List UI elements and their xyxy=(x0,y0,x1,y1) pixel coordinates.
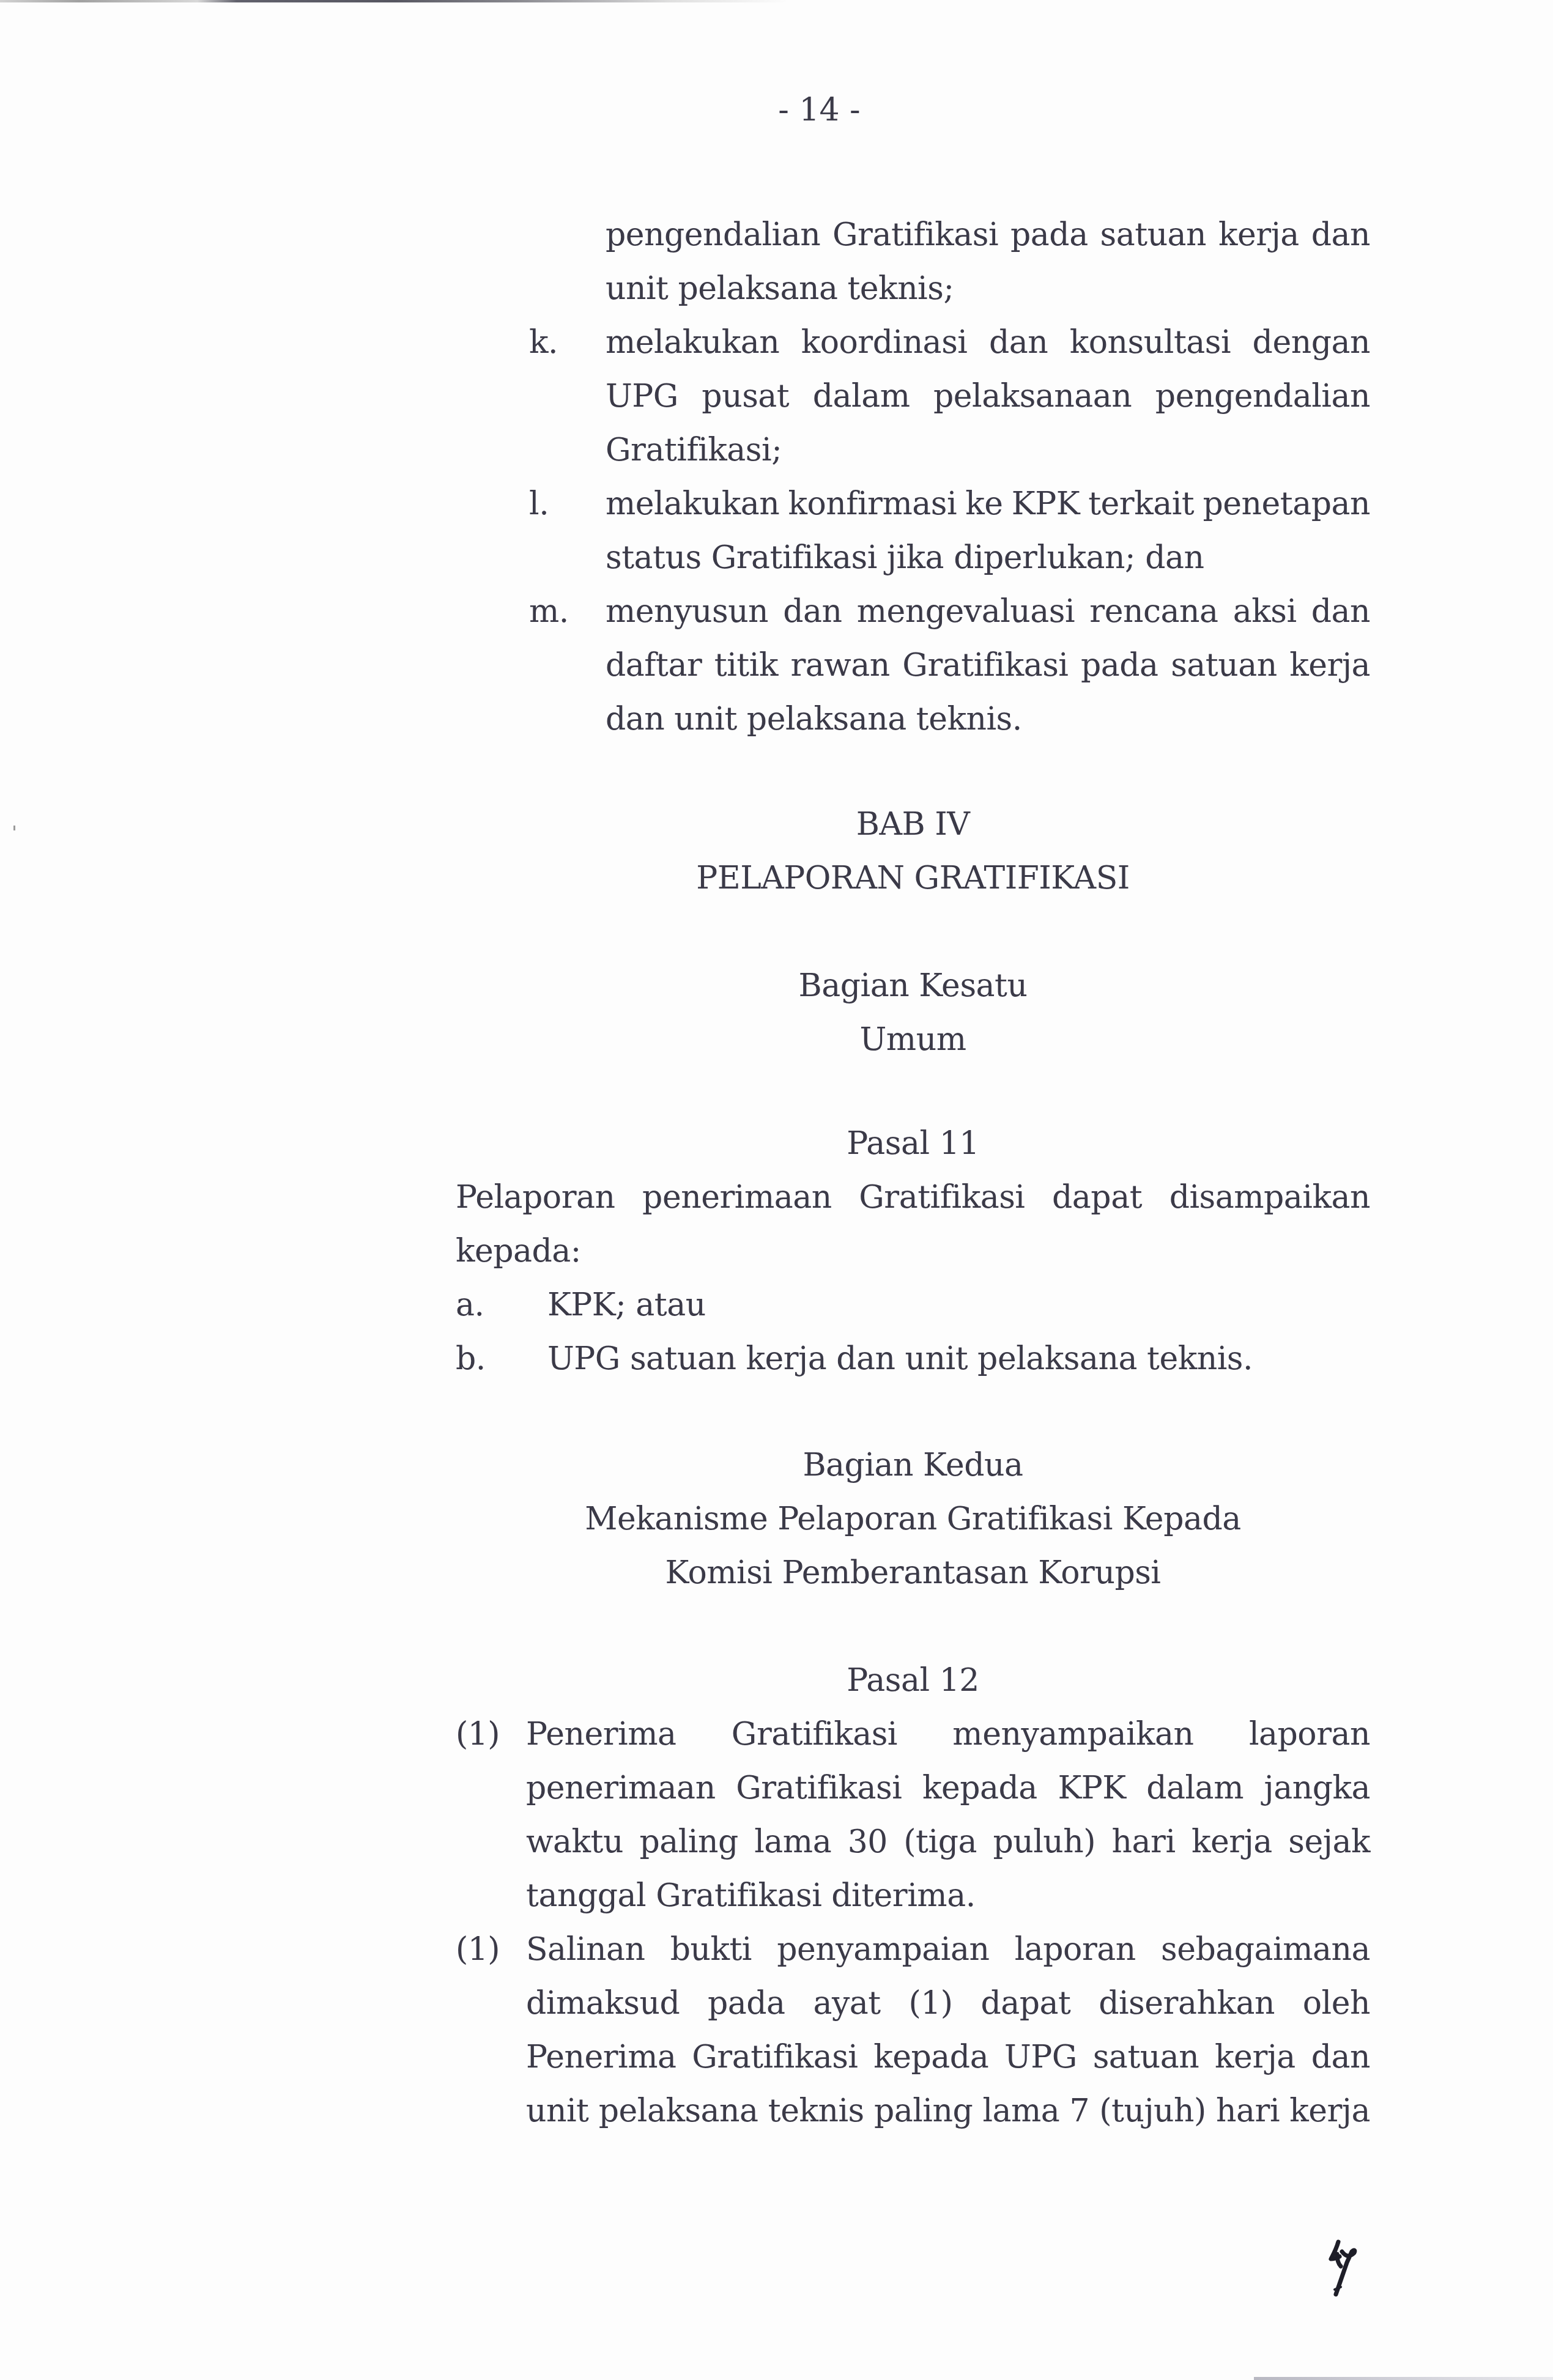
page-number: - 14 - xyxy=(0,86,1553,135)
part-one-label: Bagian Kesatu xyxy=(456,959,1370,1013)
word: penyampaian xyxy=(777,1923,989,1976)
word: dalam xyxy=(813,369,910,423)
word: pada xyxy=(708,1976,785,2030)
word: penerimaan xyxy=(526,1761,716,1815)
word: laporan xyxy=(1015,1923,1136,1976)
word: dan xyxy=(989,316,1048,369)
word: bukti xyxy=(670,1923,752,1976)
word: ayat xyxy=(813,1976,880,2030)
word: Gratifikasi xyxy=(732,1707,897,1761)
word: jangka xyxy=(1264,1761,1370,1815)
word: Penerima xyxy=(526,2030,676,2084)
paragraph-marker: (1) xyxy=(456,1707,500,1761)
word: kerja xyxy=(1289,638,1370,692)
word: (tujuh) xyxy=(1099,2084,1206,2138)
text-line: dimaksudpadaayat(1)dapatdiserahkanoleh xyxy=(526,1976,1370,2030)
word: kerja xyxy=(1215,2030,1295,2084)
word: dapat xyxy=(980,1976,1070,2030)
word: Gratifikasi xyxy=(832,208,998,262)
word: pada xyxy=(1081,638,1158,692)
word: pengendalian xyxy=(606,208,820,262)
word: Gratifikasi xyxy=(902,638,1068,692)
part-one-title: Umum xyxy=(456,1013,1370,1066)
text-line: waktupalinglama30(tigapuluh)harikerjasej… xyxy=(526,1815,1370,1869)
list-item-continuation: pengendalianGratifikasipadasatuankerjada… xyxy=(606,208,1370,316)
word: satuan xyxy=(1100,208,1207,262)
word: konsultasi xyxy=(1070,316,1231,369)
scan-edge-artifact xyxy=(0,0,789,2)
text-line: menyusundanmengevaluasirencanaaksidan xyxy=(606,585,1370,638)
word: dengan xyxy=(1253,316,1370,369)
list-marker: b. xyxy=(456,1332,486,1386)
text-line: KPK; atau xyxy=(547,1278,1370,1332)
word: rencana xyxy=(1089,585,1218,638)
word: rawan xyxy=(790,638,889,692)
word: melakukan xyxy=(606,316,779,369)
part-two-title-line: Komisi Pemberantasan Korupsi xyxy=(456,1546,1370,1600)
word: 30 xyxy=(848,1815,888,1869)
word: aksi xyxy=(1233,585,1297,638)
word: penerimaan xyxy=(642,1170,832,1224)
document-page: - 14 - pengendalianGratifikasipadasatuan… xyxy=(0,0,1553,2380)
word: hari xyxy=(1112,1815,1176,1869)
article-12-paragraph-2: (1) Salinanbuktipenyampaianlaporansebaga… xyxy=(456,1923,1370,2138)
word: hari xyxy=(1216,2084,1280,2138)
word: waktu xyxy=(526,1815,623,1869)
list-item-k: k. melakukankoordinasidankonsultasidenga… xyxy=(529,316,1370,477)
word: diserahkan xyxy=(1099,1976,1275,2030)
word: disampaikan xyxy=(1169,1170,1370,1224)
text-line: melakukankonfirmasikeKPKterkaitpenetapan xyxy=(606,477,1370,531)
article-12-paragraph-1: (1) PenerimaGratifikasimenyampaikanlapor… xyxy=(456,1707,1370,1923)
word: pada xyxy=(1010,208,1088,262)
word: kerja xyxy=(1218,208,1299,262)
word: pelaksana xyxy=(599,2084,758,2138)
word: dapat xyxy=(1052,1170,1142,1224)
list-marker: k. xyxy=(529,316,558,369)
list-marker: m. xyxy=(529,585,569,638)
word: Salinan xyxy=(526,1923,645,1976)
text-line: Salinanbuktipenyampaianlaporansebagaiman… xyxy=(526,1923,1370,1976)
scan-speck xyxy=(13,826,15,830)
word: dan xyxy=(1311,585,1370,638)
article-11-item-a: a. KPK; atau xyxy=(456,1278,1370,1332)
word: dalam xyxy=(1146,1761,1244,1815)
word: Gratifikasi xyxy=(692,2030,858,2084)
word: dan xyxy=(1311,208,1370,262)
word: daftar xyxy=(606,638,702,692)
word: Gratifikasi xyxy=(736,1761,902,1815)
paragraph-marker: (1) xyxy=(456,1923,500,1976)
article-12-heading: Pasal 12 xyxy=(456,1654,1370,1707)
word: sebagaimana xyxy=(1161,1923,1370,1976)
word: 7 xyxy=(1070,2084,1090,2138)
word: (1) xyxy=(908,1976,952,2030)
list-marker: a. xyxy=(456,1278,484,1332)
text-line: melakukankoordinasidankonsultasidengan xyxy=(606,316,1370,369)
word: ke xyxy=(965,477,1003,531)
text-line: PenerimaGratifikasikepadaUPGsatuankerjad… xyxy=(526,2030,1370,2084)
text-line: Gratifikasi; xyxy=(606,423,1370,477)
word: koordinasi xyxy=(801,316,968,369)
article-11-intro: PelaporanpenerimaanGratifikasidapatdisam… xyxy=(456,1170,1370,1278)
word: paling xyxy=(639,1815,738,1869)
word: laporan xyxy=(1249,1707,1370,1761)
word: UPG xyxy=(606,369,678,423)
word: (tiga xyxy=(903,1815,977,1869)
text-line: PelaporanpenerimaanGratifikasidapatdisam… xyxy=(456,1170,1370,1224)
word: dan xyxy=(783,585,842,638)
word: menyampaikan xyxy=(952,1707,1193,1761)
scan-edge-artifact xyxy=(1254,2377,1553,2380)
text-line: daftartitikrawanGratifikasipadasatuanker… xyxy=(606,638,1370,692)
word: pusat xyxy=(702,369,789,423)
word: oleh xyxy=(1303,1976,1370,2030)
word: pengendalian xyxy=(1155,369,1370,423)
list-item-l: l. melakukankonfirmasikeKPKterkaitpeneta… xyxy=(529,477,1370,585)
word: KPK xyxy=(1058,1761,1125,1815)
word: KPK xyxy=(1012,477,1080,531)
word: kepada xyxy=(922,1761,1037,1815)
word: lama xyxy=(754,1815,831,1869)
text-line: unit pelaksana teknis; xyxy=(606,262,1370,316)
word: paling xyxy=(874,2084,973,2138)
signature-initial-icon xyxy=(1327,2238,1364,2299)
word: satuan xyxy=(1093,2030,1199,2084)
text-line: status Gratifikasi jika diperlukan; dan xyxy=(606,531,1370,585)
word: lama xyxy=(982,2084,1059,2138)
text-line: UPG satuan kerja dan unit pelaksana tekn… xyxy=(547,1332,1370,1386)
word: puluh) xyxy=(993,1815,1095,1869)
text-line: tanggal Gratifikasi diterima. xyxy=(526,1869,1370,1923)
word: pelaksanaan xyxy=(933,369,1132,423)
word: kepada xyxy=(873,2030,988,2084)
word: dan xyxy=(1311,2030,1370,2084)
word: kerja xyxy=(1289,2084,1370,2138)
text-line: penerimaanGratifikasikepadaKPKdalamjangk… xyxy=(526,1761,1370,1815)
part-two-title-line: Mekanisme Pelaporan Gratifikasi Kepada xyxy=(456,1492,1370,1546)
word: titik xyxy=(714,638,778,692)
word: mengevaluasi xyxy=(857,585,1075,638)
text-line: dan unit pelaksana teknis. xyxy=(606,692,1370,746)
word: konfirmasi xyxy=(788,477,957,531)
text-line: pengendalianGratifikasipadasatuankerjada… xyxy=(606,208,1370,262)
word: teknis xyxy=(768,2084,864,2138)
word: Penerima xyxy=(526,1707,676,1761)
word: terkait xyxy=(1088,477,1194,531)
chapter-title: PELAPORAN GRATIFIKASI xyxy=(456,851,1370,905)
text-line: PenerimaGratifikasimenyampaikanlaporan xyxy=(526,1707,1370,1761)
text-line: kepada: xyxy=(456,1224,1370,1278)
text-line: UPGpusatdalampelaksanaanpengendalian xyxy=(606,369,1370,423)
text-line: unitpelaksanateknispalinglama7(tujuh)har… xyxy=(526,2084,1370,2138)
word: kerja xyxy=(1192,1815,1272,1869)
word: UPG xyxy=(1004,2030,1077,2084)
word: satuan xyxy=(1171,638,1277,692)
word: Gratifikasi xyxy=(859,1170,1025,1224)
word: menyusun xyxy=(606,585,768,638)
word: dimaksud xyxy=(526,1976,680,2030)
article-11-item-b: b. UPG satuan kerja dan unit pelaksana t… xyxy=(456,1332,1370,1386)
word: Pelaporan xyxy=(456,1170,615,1224)
word: sejak xyxy=(1288,1815,1370,1869)
word: penetapan xyxy=(1203,477,1370,531)
list-marker: l. xyxy=(529,477,549,531)
article-11-heading: Pasal 11 xyxy=(456,1117,1370,1170)
word: unit xyxy=(526,2084,589,2138)
chapter-number: BAB IV xyxy=(456,797,1370,851)
part-two-label: Bagian Kedua xyxy=(456,1438,1370,1492)
list-item-m: m. menyusundanmengevaluasirencanaaksidan… xyxy=(529,585,1370,746)
word: melakukan xyxy=(606,477,779,531)
